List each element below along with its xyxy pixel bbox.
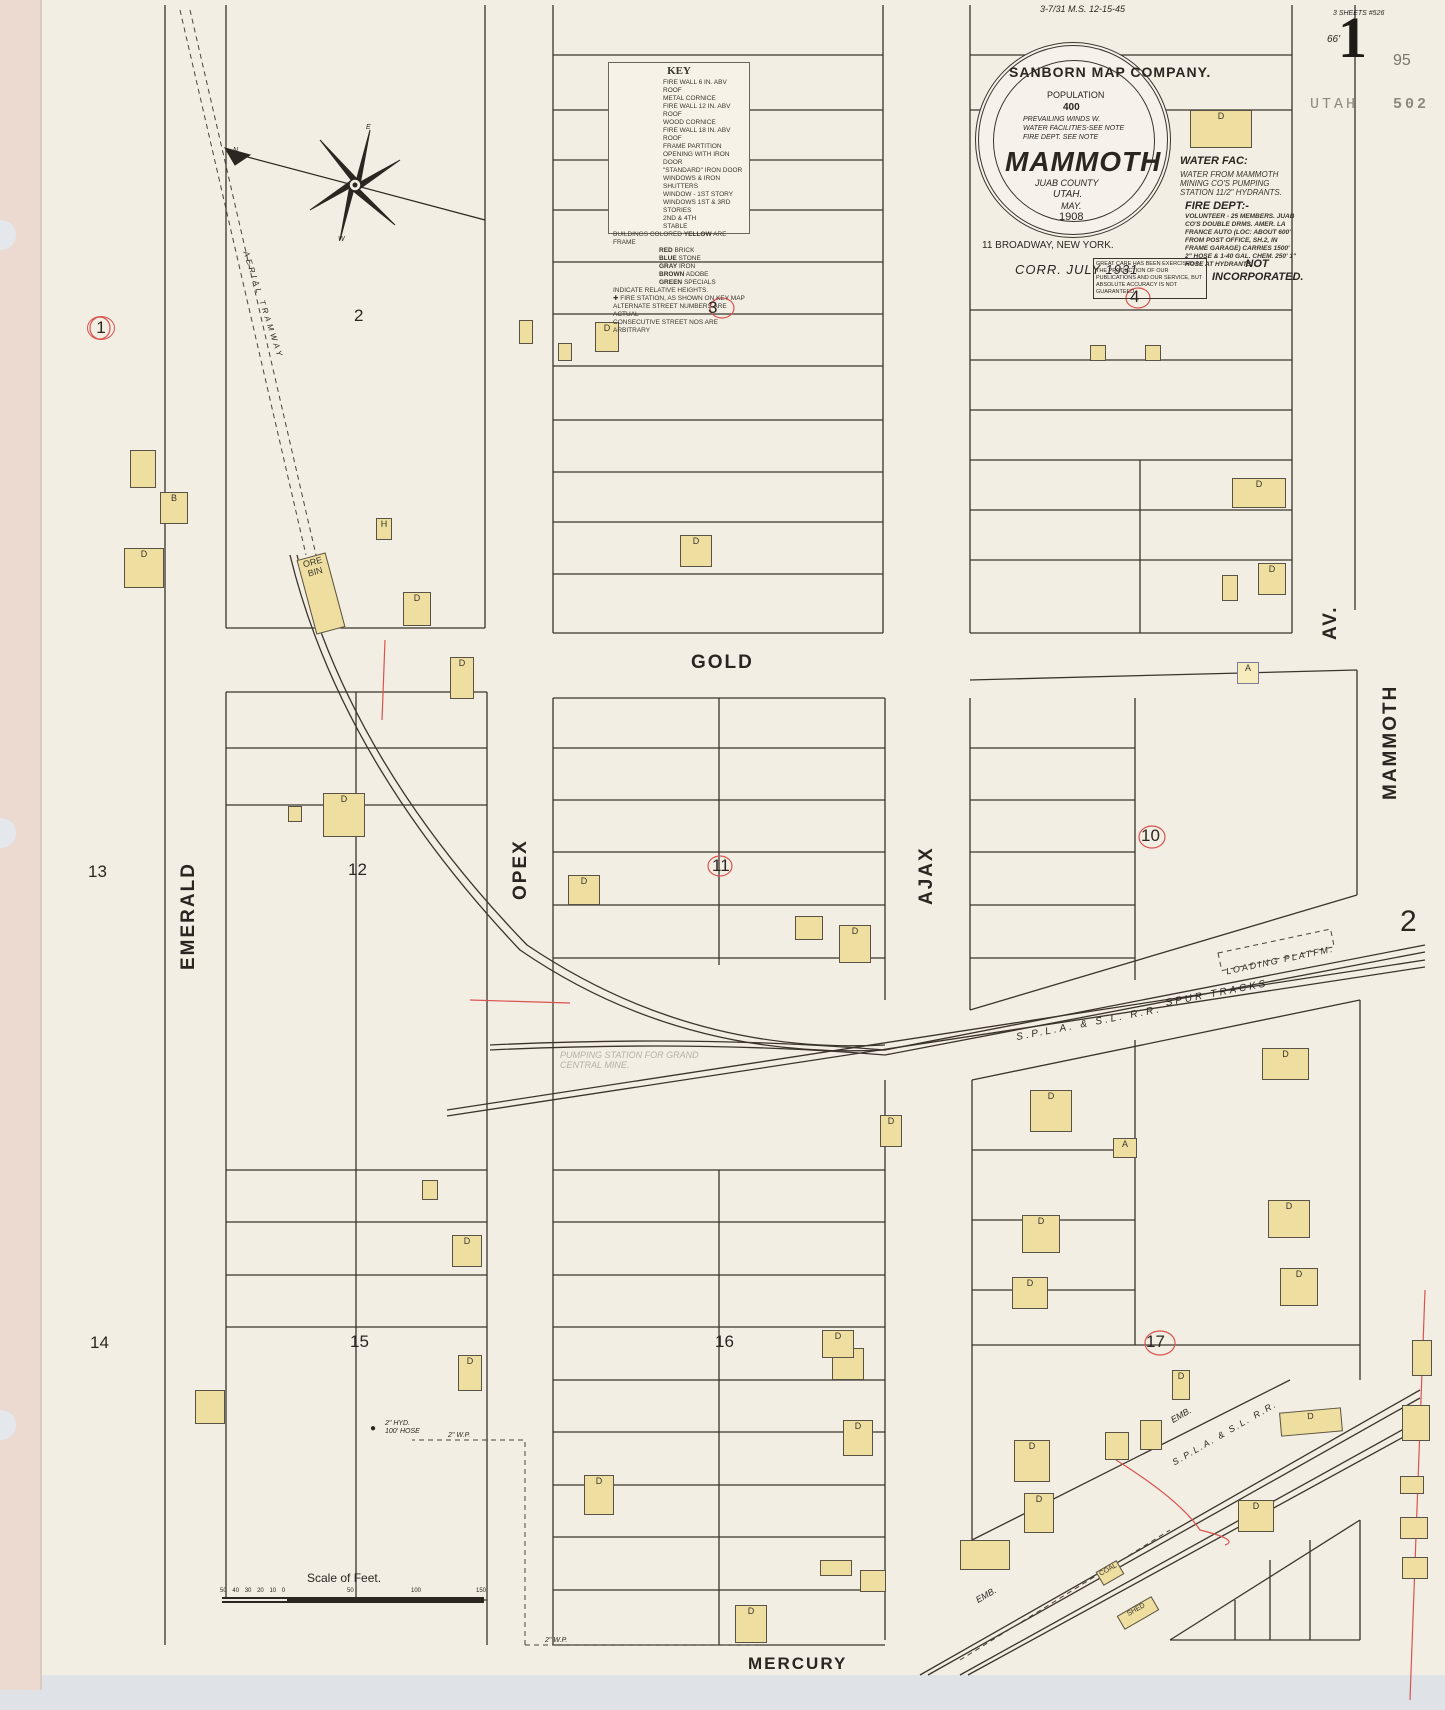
key-item: STABLE bbox=[663, 223, 745, 231]
title-seal: SANBORN MAP COMPANY. POPULATION 400 PREV… bbox=[975, 42, 1171, 238]
water-note: WATER FROM MAMMOTH MINING CO'S PUMPING S… bbox=[1180, 170, 1290, 197]
adjacent-sheet-number: 2 bbox=[1400, 905, 1417, 939]
frame-building: D bbox=[1022, 1215, 1060, 1253]
frame-building: D bbox=[1012, 1277, 1048, 1309]
scale-tick: 40 bbox=[232, 1588, 239, 1594]
seal-water: WATER FACILITIES-SEE NOTE bbox=[1023, 125, 1124, 132]
block-number: 15 bbox=[350, 1332, 369, 1352]
compass-rose bbox=[225, 130, 485, 240]
frame-building bbox=[130, 450, 156, 488]
frame-building bbox=[1400, 1476, 1424, 1494]
frame-building: D bbox=[843, 1420, 873, 1456]
county-name: JUAB COUNTY bbox=[1035, 178, 1099, 188]
scale-tick: 50 bbox=[220, 1588, 227, 1594]
company-name: SANBORN MAP COMPANY. bbox=[1009, 64, 1211, 80]
frame-building bbox=[288, 806, 302, 822]
frame-building: D bbox=[735, 1605, 767, 1643]
frame-building bbox=[1402, 1557, 1428, 1579]
key-color-meaning: IRON bbox=[679, 263, 695, 270]
fire-dept-title: FIRE DEPT:- bbox=[1185, 200, 1249, 212]
key-color: GRAY bbox=[659, 263, 677, 270]
key-item: OPENING WITH IRON DOOR bbox=[663, 151, 745, 167]
hose-label: 100' HOSE bbox=[385, 1428, 420, 1435]
block-number: 12 bbox=[348, 860, 367, 880]
scale-tick: 50 bbox=[347, 1588, 354, 1594]
street-mercury: MERCURY bbox=[748, 1654, 847, 1674]
frame-building bbox=[519, 320, 533, 344]
block-number: 16 bbox=[715, 1332, 734, 1352]
seal-winds: PREVAILING WINDS W. bbox=[1023, 116, 1100, 123]
key-item: FIRE WALL 6 IN. ABV ROOF bbox=[663, 79, 745, 95]
frame-building bbox=[1400, 1517, 1428, 1539]
block-number: 2 bbox=[354, 306, 363, 326]
sheet-stamp-number: 502 bbox=[1393, 96, 1429, 113]
key-item: FIRE WALL 18 IN. ABV ROOF bbox=[663, 127, 745, 143]
town-name: MAMMOTH bbox=[1005, 146, 1161, 178]
frame-building: D bbox=[880, 1115, 902, 1147]
population-value: 400 bbox=[1063, 102, 1080, 113]
frame-building: H bbox=[376, 518, 392, 540]
key-color: RED bbox=[659, 247, 673, 254]
survey-year: 1908 bbox=[1059, 211, 1083, 223]
scale-tick: 100 bbox=[411, 1588, 421, 1594]
street-gold: GOLD bbox=[691, 652, 754, 674]
pencil-number: 95 bbox=[1393, 52, 1411, 70]
key-color-meaning: ADOBE bbox=[686, 271, 709, 278]
accuracy-disclaimer: GREAT CARE HAS BEEN EXERCISED IN THE PRO… bbox=[1093, 258, 1207, 299]
key-color-meaning: BRICK bbox=[675, 247, 695, 254]
street-mammoth-av: MAMMOTH bbox=[1380, 685, 1402, 800]
key-color: BLUE bbox=[659, 255, 677, 262]
frame-building bbox=[1222, 575, 1238, 601]
key-item: WINDOW - 1ST STORY bbox=[663, 191, 745, 199]
scale-title: Scale of Feet. bbox=[307, 1571, 381, 1585]
frame-building bbox=[820, 1560, 852, 1576]
frame-building: D bbox=[1172, 1370, 1190, 1400]
frame-building bbox=[960, 1540, 1010, 1570]
seal-fire: FIRE DEPT. SEE NOTE bbox=[1023, 134, 1098, 141]
sheets-note: 3 SHEETS #526 bbox=[1333, 10, 1384, 17]
frame-building: D bbox=[450, 657, 474, 699]
street-ajax: AJAX bbox=[916, 846, 938, 905]
block-number: 10 bbox=[1141, 826, 1160, 846]
key-item: "STANDARD" IRON DOOR bbox=[663, 167, 745, 175]
frame-building: D bbox=[1268, 1200, 1310, 1238]
water-pipe-label: 2" W.P. bbox=[448, 1432, 470, 1439]
key-fire-station: FIRE STATION, AS SHOWN ON KEY MAP bbox=[620, 295, 745, 302]
key-color: GREEN bbox=[659, 279, 682, 286]
key-item: WINDOWS 1ST & 3RD STORIES bbox=[663, 199, 745, 215]
scale-tick: 30 bbox=[245, 1588, 252, 1594]
survey-month: MAY. bbox=[1061, 201, 1082, 211]
frame-building bbox=[195, 1390, 225, 1424]
frame-building: B bbox=[160, 492, 188, 524]
frame-building: D bbox=[458, 1355, 482, 1391]
water-pipe-label: 2" W.P. bbox=[545, 1637, 567, 1644]
street-opex: OPEX bbox=[510, 839, 532, 900]
hydrant-label: 2" HYD. bbox=[385, 1420, 410, 1427]
key-heights: INDICATE RELATIVE HEIGHTS. bbox=[613, 287, 745, 295]
street-av-suffix: AV. bbox=[1320, 605, 1342, 640]
key-color: YELLOW bbox=[684, 231, 712, 238]
frame-building bbox=[1145, 345, 1161, 361]
key-item: FIRE WALL 12 IN. ABV ROOF bbox=[663, 103, 745, 119]
population-label: POPULATION bbox=[1047, 90, 1104, 100]
key-item: METAL CORNICE bbox=[663, 95, 745, 103]
frame-building: D bbox=[1014, 1440, 1050, 1482]
map-key: KEY FIRE WALL 6 IN. ABV ROOF METAL CORNI… bbox=[608, 62, 750, 234]
frame-building: D bbox=[124, 548, 164, 588]
key-item: FRAME PARTITION bbox=[663, 143, 745, 151]
key-item: WOOD CORNICE bbox=[663, 119, 745, 127]
block-number: 11 bbox=[712, 856, 730, 876]
block-number: 17 bbox=[1146, 1332, 1165, 1352]
frame-building: D bbox=[1190, 110, 1252, 148]
fire-station-cross-icon: ✚ bbox=[613, 295, 618, 302]
frame-building: D bbox=[323, 793, 365, 837]
key-item: WINDOWS & IRON SHUTTERS bbox=[663, 175, 745, 191]
block-number: 1 bbox=[87, 316, 115, 340]
frame-building: D bbox=[1232, 478, 1286, 508]
frame-building: D bbox=[1258, 563, 1286, 595]
key-item: 2ND & 4TH bbox=[663, 215, 745, 223]
water-note-title: WATER FAC: bbox=[1180, 155, 1248, 167]
correction-pencil-note: 3-7/31 M.S. 12-15-45 bbox=[1040, 4, 1125, 14]
frame-building: D bbox=[1238, 1500, 1274, 1532]
scale-tick: 20 bbox=[257, 1588, 264, 1594]
frame-building bbox=[795, 916, 823, 940]
scale-ticks: 50 40 30 20 10 0 bbox=[220, 1588, 285, 1594]
frame-building: D bbox=[584, 1475, 614, 1515]
frame-building: A bbox=[1113, 1138, 1137, 1158]
pumping-station-label: PUMPING STATION FOR GRAND CENTRAL MINE. bbox=[560, 1050, 700, 1070]
frame-building: D bbox=[403, 592, 431, 626]
key-footer: CONSECUTIVE STREET NOS ARE ARBITRARY bbox=[613, 319, 745, 335]
frame-building: D bbox=[1262, 1048, 1309, 1080]
frame-building bbox=[1105, 1432, 1129, 1460]
street-emerald: EMERALD bbox=[178, 862, 200, 970]
frame-building bbox=[1140, 1420, 1162, 1450]
compass-east: E bbox=[366, 124, 371, 131]
compass-north: N bbox=[233, 147, 238, 154]
company-address: 11 BROADWAY, NEW YORK. bbox=[982, 240, 1114, 251]
frame-building: D bbox=[1030, 1090, 1072, 1132]
frame-building bbox=[558, 343, 572, 361]
compass-west: W bbox=[338, 236, 345, 243]
block-number: 13 bbox=[88, 862, 107, 882]
key-color-meaning: STONE bbox=[679, 255, 701, 262]
frame-building: D bbox=[568, 875, 600, 905]
key-colors-intro: BUILDINGS COLORED bbox=[613, 231, 682, 238]
stable bbox=[422, 1180, 438, 1200]
state-stamp: UTAH bbox=[1310, 96, 1358, 113]
frame-building bbox=[1412, 1340, 1432, 1376]
not-incorporated: NOT INCORPORATED. bbox=[1212, 258, 1302, 284]
frame-building bbox=[860, 1570, 886, 1592]
key-title: KEY bbox=[613, 65, 745, 77]
key-footer: ALTERNATE STREET NUMBERS ARE ACTUAL bbox=[613, 303, 745, 319]
frame-building: D bbox=[839, 925, 871, 963]
scale-bar bbox=[222, 1597, 484, 1603]
hydrant-icon: ● bbox=[370, 1423, 376, 1434]
block-number: 4 bbox=[1130, 287, 1139, 307]
frame-building: D bbox=[1024, 1493, 1054, 1533]
scale-tick: 10 bbox=[269, 1588, 276, 1594]
frame-building: D bbox=[452, 1235, 482, 1267]
scale-tick: 150 bbox=[476, 1588, 486, 1594]
frame-building bbox=[1090, 345, 1106, 361]
scale-tick: 0 bbox=[282, 1588, 285, 1594]
frame-building: D bbox=[822, 1330, 854, 1358]
auto-garage: A bbox=[1237, 662, 1259, 684]
frame-building: D bbox=[680, 535, 712, 567]
street-width: 66' bbox=[1327, 34, 1340, 45]
key-color: BROWN bbox=[659, 271, 684, 278]
frame-building: D bbox=[1280, 1268, 1318, 1306]
key-color-meaning: SPECIALS bbox=[684, 279, 716, 286]
state-name: UTAH. bbox=[1053, 189, 1082, 200]
frame-building bbox=[1402, 1405, 1430, 1441]
block-number: 3 bbox=[708, 298, 717, 318]
block-number: 14 bbox=[90, 1333, 109, 1353]
